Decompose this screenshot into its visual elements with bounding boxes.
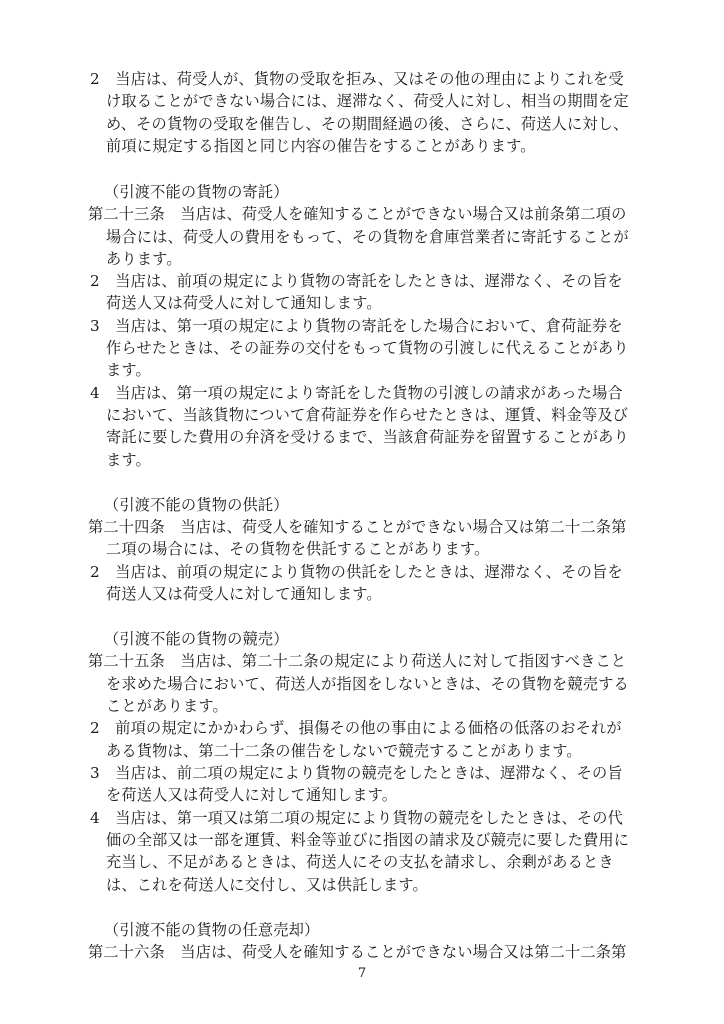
body-text-line: 2 当店は、前項の規定により貨物の供託をしたときは、遅滞なく、その旨を [90, 561, 623, 583]
body-text-line: 場合には、荷受人の費用をもって、その貨物を倉庫営業者に寄託することが [106, 226, 629, 248]
section-heading: （引渡不能の貨物の競売） [104, 628, 289, 650]
section-heading: （引渡不能の貨物の任意売却） [104, 919, 319, 941]
body-text-line: あります。 [106, 248, 182, 270]
body-text-line: 寄託に要した費用の弁済を受けるまで、当該倉荷証券を留置することがあり [106, 426, 629, 448]
body-text-line: を求めた場合において、荷送人が指図をしないときは、その貨物を競売する [106, 673, 629, 695]
body-text-line: 3 当店は、第一項の規定により貨物の寄託をした場合において、倉荷証券を [90, 315, 623, 337]
page-number: 7 [0, 966, 724, 981]
body-text-line: 充当し、不足があるときは、荷送人にその支払を請求し、余剰があるとき [106, 851, 614, 873]
body-text-line: 第二十六条 当店は、荷受人を確知することができない場合又は第二十二条第 [88, 941, 627, 963]
body-text-line: ある貨物は、第二十二条の催告をしないで競売することがあります。 [106, 740, 582, 762]
body-text-line: ことがあります。 [106, 695, 228, 717]
body-text-line: め、その貨物の受取を催告し、その期間経過の後、さらに、荷送人に対し、 [106, 113, 629, 135]
body-text-line: 二項の場合には、その貨物を供託することがあります。 [106, 538, 489, 560]
body-text-line: 前項に規定する指図と同じ内容の催告をすることがあります。 [106, 135, 536, 157]
body-text-line: け取ることができない場合には、遅滞なく、荷受人に対し、相当の期間を定 [106, 90, 629, 112]
body-text-line: 第二十三条 当店は、荷受人を確知することができない場合又は前条第二項の [88, 203, 627, 225]
body-text-line: ます。 [106, 359, 151, 381]
body-text-line: 荷送人又は荷受人に対して通知します。 [106, 292, 382, 314]
document-page: 2 当店は、荷受人が、貨物の受取を拒み、又はその他の理由によりこれを受け取ること… [0, 0, 724, 1024]
body-text-line: 2 当店は、前項の規定により貨物の寄託をしたときは、遅滞なく、その旨を [90, 270, 623, 292]
body-text-line: 第二十五条 当店は、第二十二条の規定により荷送人に対して指図すべきこと [88, 650, 626, 672]
body-text-line: 荷送人又は荷受人に対して通知します。 [106, 583, 382, 605]
body-text-line: を荷送人又は荷受人に対して通知します。 [106, 784, 397, 806]
body-text-line: 2 当店は、荷受人が、貨物の受取を拒み、又はその他の理由によりこれを受 [90, 68, 624, 90]
body-text-line: において、当該貨物について倉荷証券を作らせたときは、運賃、料金等及び [106, 404, 628, 426]
body-text-line: 作らせたときは、その証券の交付をもって貨物の引渡しに代えることがあり [106, 337, 629, 359]
body-text-line: ます。 [106, 449, 151, 471]
body-text-line: 4 当店は、第一項又は第二項の規定により貨物の競売をしたときは、その代 [90, 807, 623, 829]
body-text-line: 第二十四条 当店は、荷受人を確知することができない場合又は第二十二条第 [88, 516, 627, 538]
body-text-line: 2 前項の規定にかかわらず、損傷その他の事由による価格の低落のおそれが [90, 717, 622, 739]
body-text-line: 4 当店は、第一項の規定により寄託をした貨物の引渡しの請求があった場合 [90, 382, 623, 404]
section-heading: （引渡不能の貨物の供託） [104, 494, 289, 516]
body-text-line: は、これを荷送人に交付し、又は供託します。 [106, 874, 428, 896]
body-text-line: 価の全部又は一部を運賃、料金等並びに指図の請求及び競売に要した費用に [106, 829, 629, 851]
body-text-line: 3 当店は、前二項の規定により貨物の競売をしたときは、遅滞なく、その旨 [90, 762, 623, 784]
section-heading: （引渡不能の貨物の寄託） [104, 181, 289, 203]
